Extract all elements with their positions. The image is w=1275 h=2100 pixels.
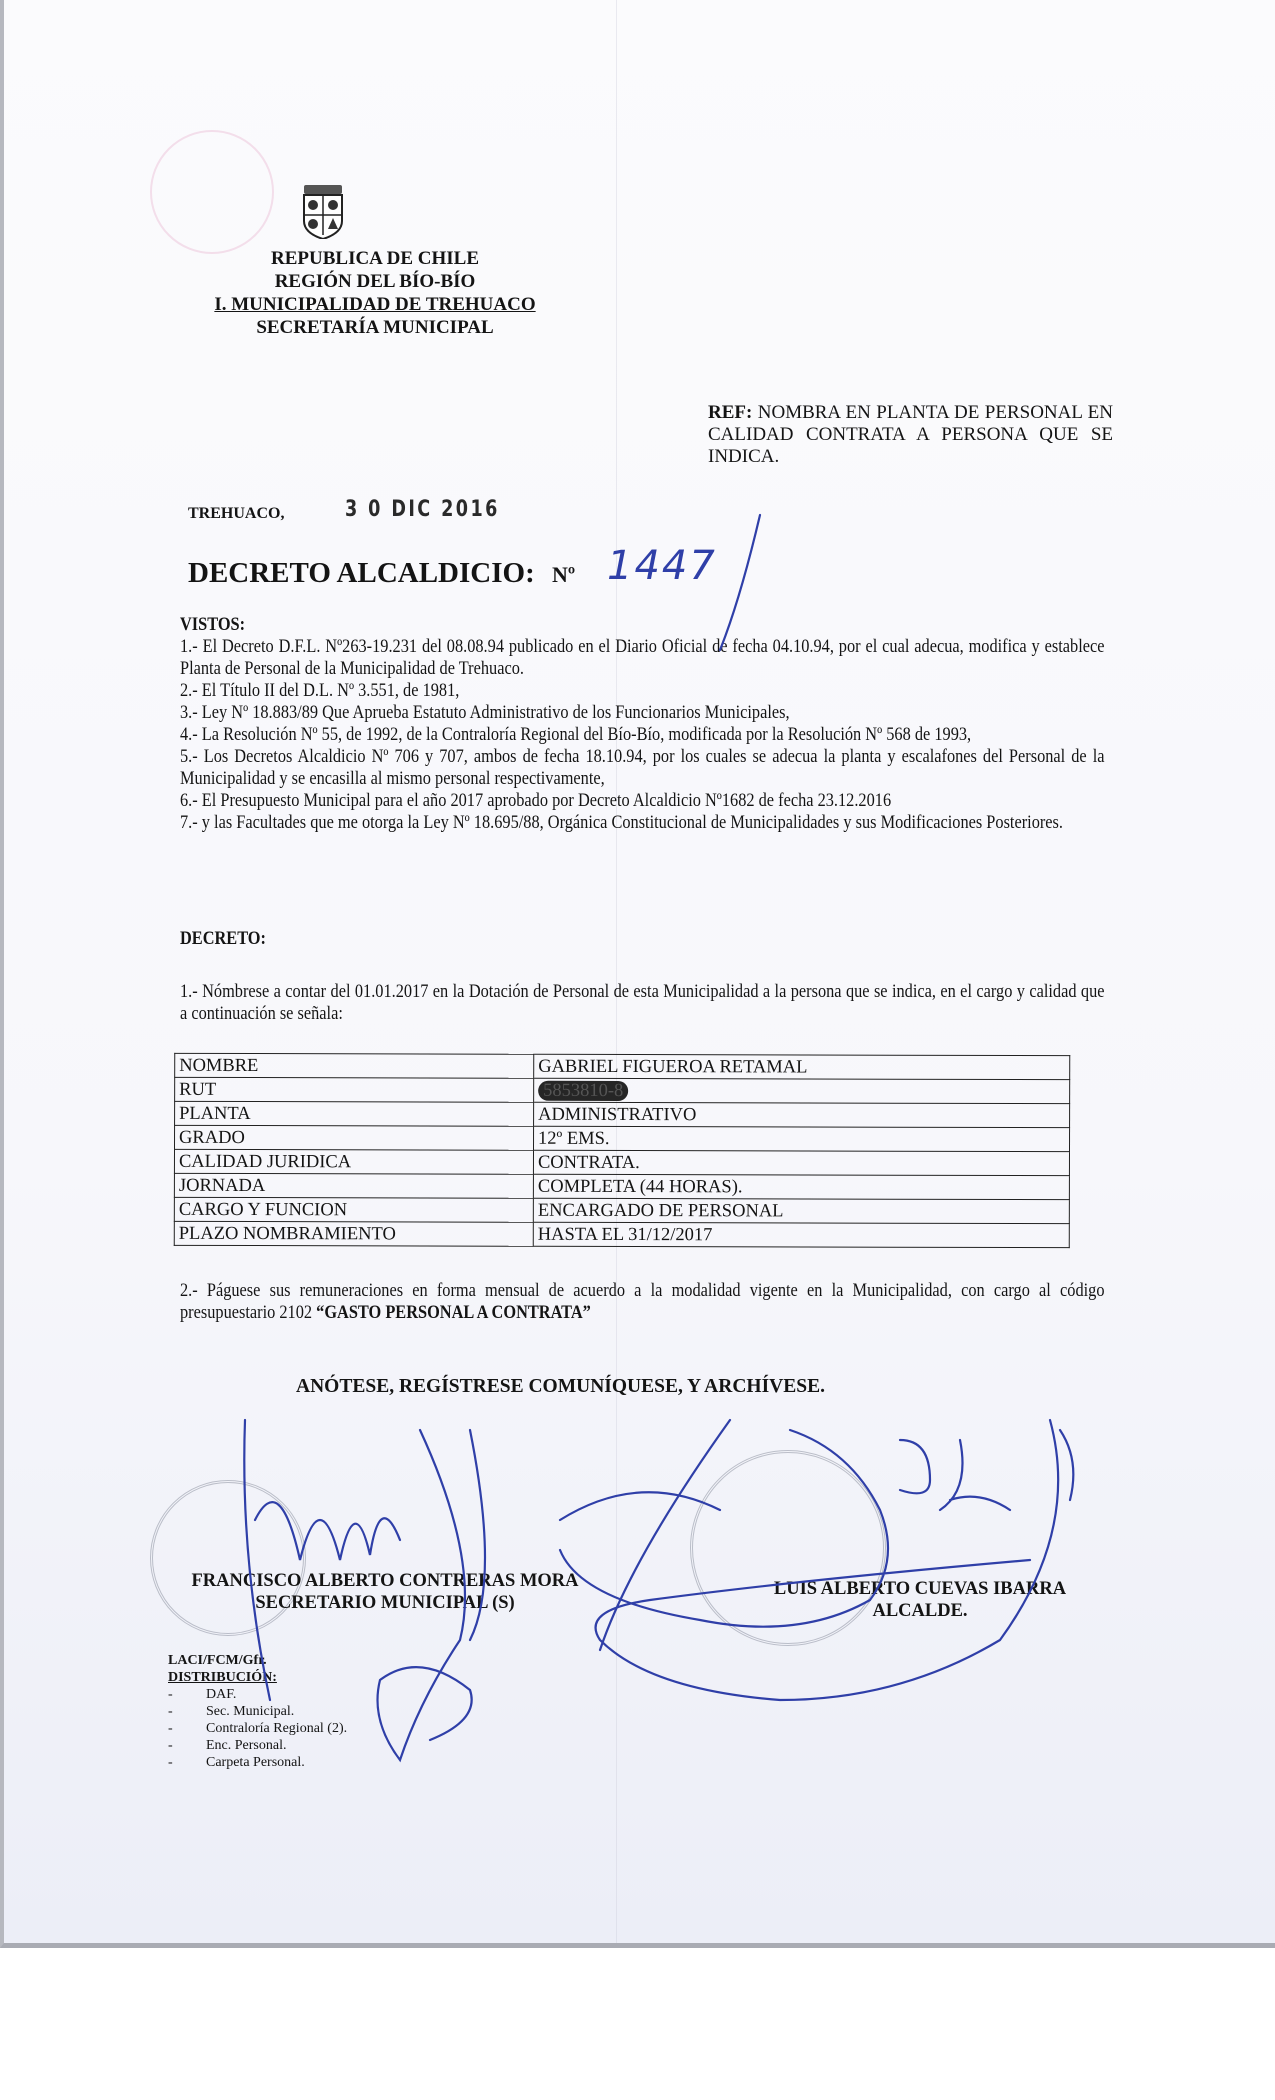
closing-formula: ANÓTESE, REGÍSTRESE COMUNÍQUESE, Y ARCHÍ… xyxy=(296,1376,825,1398)
secretary-name: FRANCISCO ALBERTO CONTRERAS MORA xyxy=(150,1570,620,1592)
date-stamp: 3 0 DIC 2016 xyxy=(345,497,500,522)
field-value: HASTA EL 31/12/2017 xyxy=(533,1222,1069,1247)
distribution-block: LACI/FCM/Gfr. DISTRIBUCIÓN: DAF.Sec. Mun… xyxy=(168,1652,347,1771)
decreto-title: DECRETO: xyxy=(180,928,1105,950)
distribution-item: Sec. Municipal. xyxy=(168,1703,347,1720)
vistos-title: VISTOS: xyxy=(180,614,1105,636)
distribution-list: DAF.Sec. Municipal.Contraloría Regional … xyxy=(168,1686,347,1771)
signatory-secretary: FRANCISCO ALBERTO CONTRERAS MORA SECRETA… xyxy=(150,1570,620,1614)
field-label: RUT xyxy=(175,1077,534,1102)
table-row: JORNADACOMPLETA (44 HORAS). xyxy=(174,1173,1069,1199)
field-label: JORNADA xyxy=(174,1173,533,1198)
field-label: NOMBRE xyxy=(175,1053,534,1078)
signatory-mayor: LUIS ALBERTO CUEVAS IBARRA ALCALDE. xyxy=(740,1578,1100,1622)
distribution-item: Enc. Personal. xyxy=(168,1737,347,1754)
table-row: PLANTAADMINISTRATIVO xyxy=(175,1101,1070,1127)
faded-red-stamp xyxy=(150,130,274,254)
vistos-item: 7.- y las Facultades que me otorga la Le… xyxy=(180,812,1105,834)
vistos-item: 3.- Ley Nº 18.883/89 Que Aprueba Estatut… xyxy=(180,702,1105,724)
reference-label: REF: xyxy=(708,402,752,423)
table-row: CARGO Y FUNCIONENCARGADO DE PERSONAL xyxy=(174,1197,1069,1223)
appointment-table: NOMBREGABRIEL FIGUEROA RETAMALRUT5853810… xyxy=(174,1053,1071,1248)
mayor-name: LUIS ALBERTO CUEVAS IBARRA xyxy=(740,1578,1100,1600)
reference-block: REF: NOMBRA EN PLANTA DE PERSONAL EN CAL… xyxy=(708,402,1113,468)
place-label: TREHUACO, xyxy=(188,505,284,523)
decree-number-label: Nº xyxy=(552,562,575,587)
table-row: GRADO12º EMS. xyxy=(175,1125,1070,1151)
redacted-rut: 5853810-8 xyxy=(538,1080,628,1100)
decreto-section: DECRETO: 1.- Nómbrese a contar del 01.01… xyxy=(180,928,1105,1025)
letterhead: REPUBLICA DE CHILE REGIÓN DEL BÍO-BÍO I.… xyxy=(170,247,580,339)
field-label: PLAZO NOMBRAMIENTO xyxy=(174,1221,533,1246)
vistos-section: VISTOS: 1.- El Decreto D.F.L. Nº263-19.2… xyxy=(180,614,1105,834)
field-label: CALIDAD JURIDICA xyxy=(174,1149,533,1174)
field-value: ADMINISTRATIVO xyxy=(534,1102,1070,1127)
decreto-item-2: 2.- Páguese sus remuneraciones en forma … xyxy=(180,1280,1105,1324)
field-value: ENCARGADO DE PERSONAL xyxy=(533,1198,1069,1223)
field-value: CONTRATA. xyxy=(533,1150,1069,1175)
initials: LACI/FCM/Gfr. xyxy=(168,1652,347,1669)
field-label: CARGO Y FUNCION xyxy=(174,1197,533,1222)
decree-title: DECRETO ALCALDICIO: Nº xyxy=(188,557,575,590)
vistos-item: 4.- La Resolución Nº 55, de 1992, de la … xyxy=(180,724,1105,746)
reference-text: NOMBRA EN PLANTA DE PERSONAL EN CALIDAD … xyxy=(708,402,1113,467)
municipal-coat-of-arms-icon xyxy=(300,185,346,239)
decreto-item-1: 1.- Nómbrese a contar del 01.01.2017 en … xyxy=(180,981,1105,1025)
mayor-role: ALCALDE. xyxy=(740,1600,1100,1622)
field-value: 5853810-8 xyxy=(534,1078,1070,1103)
table-row: PLAZO NOMBRAMIENTOHASTA EL 31/12/2017 xyxy=(174,1221,1069,1247)
table-row: CALIDAD JURIDICACONTRATA. xyxy=(174,1149,1069,1175)
field-value: GABRIEL FIGUEROA RETAMAL xyxy=(534,1054,1070,1079)
field-label: PLANTA xyxy=(175,1101,534,1126)
vistos-item: 5.- Los Decretos Alcaldicio Nº 706 y 707… xyxy=(180,746,1105,790)
vistos-item: 2.- El Título II del D.L. Nº 3.551, de 1… xyxy=(180,680,1105,702)
decree-number-handwritten: 1447 xyxy=(607,543,717,589)
field-value: COMPLETA (44 HORAS). xyxy=(533,1174,1069,1199)
municipality-line: I. MUNICIPALIDAD DE TREHUACO xyxy=(170,293,580,316)
distribution-item: DAF. xyxy=(168,1686,347,1703)
department-line: SECRETARÍA MUNICIPAL xyxy=(170,316,580,339)
region-line: REGIÓN DEL BÍO-BÍO xyxy=(170,270,580,293)
table-row: NOMBREGABRIEL FIGUEROA RETAMAL xyxy=(175,1053,1070,1079)
country-line: REPUBLICA DE CHILE xyxy=(170,247,580,270)
field-value: 12º EMS. xyxy=(534,1126,1070,1151)
secretary-role: SECRETARIO MUNICIPAL (S) xyxy=(150,1592,620,1614)
budget-code-label: “GASTO PERSONAL A CONTRATA” xyxy=(316,1302,591,1323)
table-row: RUT5853810-8 xyxy=(175,1077,1070,1103)
distribution-item: Carpeta Personal. xyxy=(168,1754,347,1771)
vistos-item: 6.- El Presupuesto Municipal para el año… xyxy=(180,790,1105,812)
vistos-item: 1.- El Decreto D.F.L. Nº263-19.231 del 0… xyxy=(180,636,1105,680)
distribution-item: Contraloría Regional (2). xyxy=(168,1720,347,1737)
field-label: GRADO xyxy=(175,1125,534,1150)
decree-title-text: DECRETO ALCALDICIO: xyxy=(188,557,535,589)
distribution-title: DISTRIBUCIÓN: xyxy=(168,1669,347,1686)
